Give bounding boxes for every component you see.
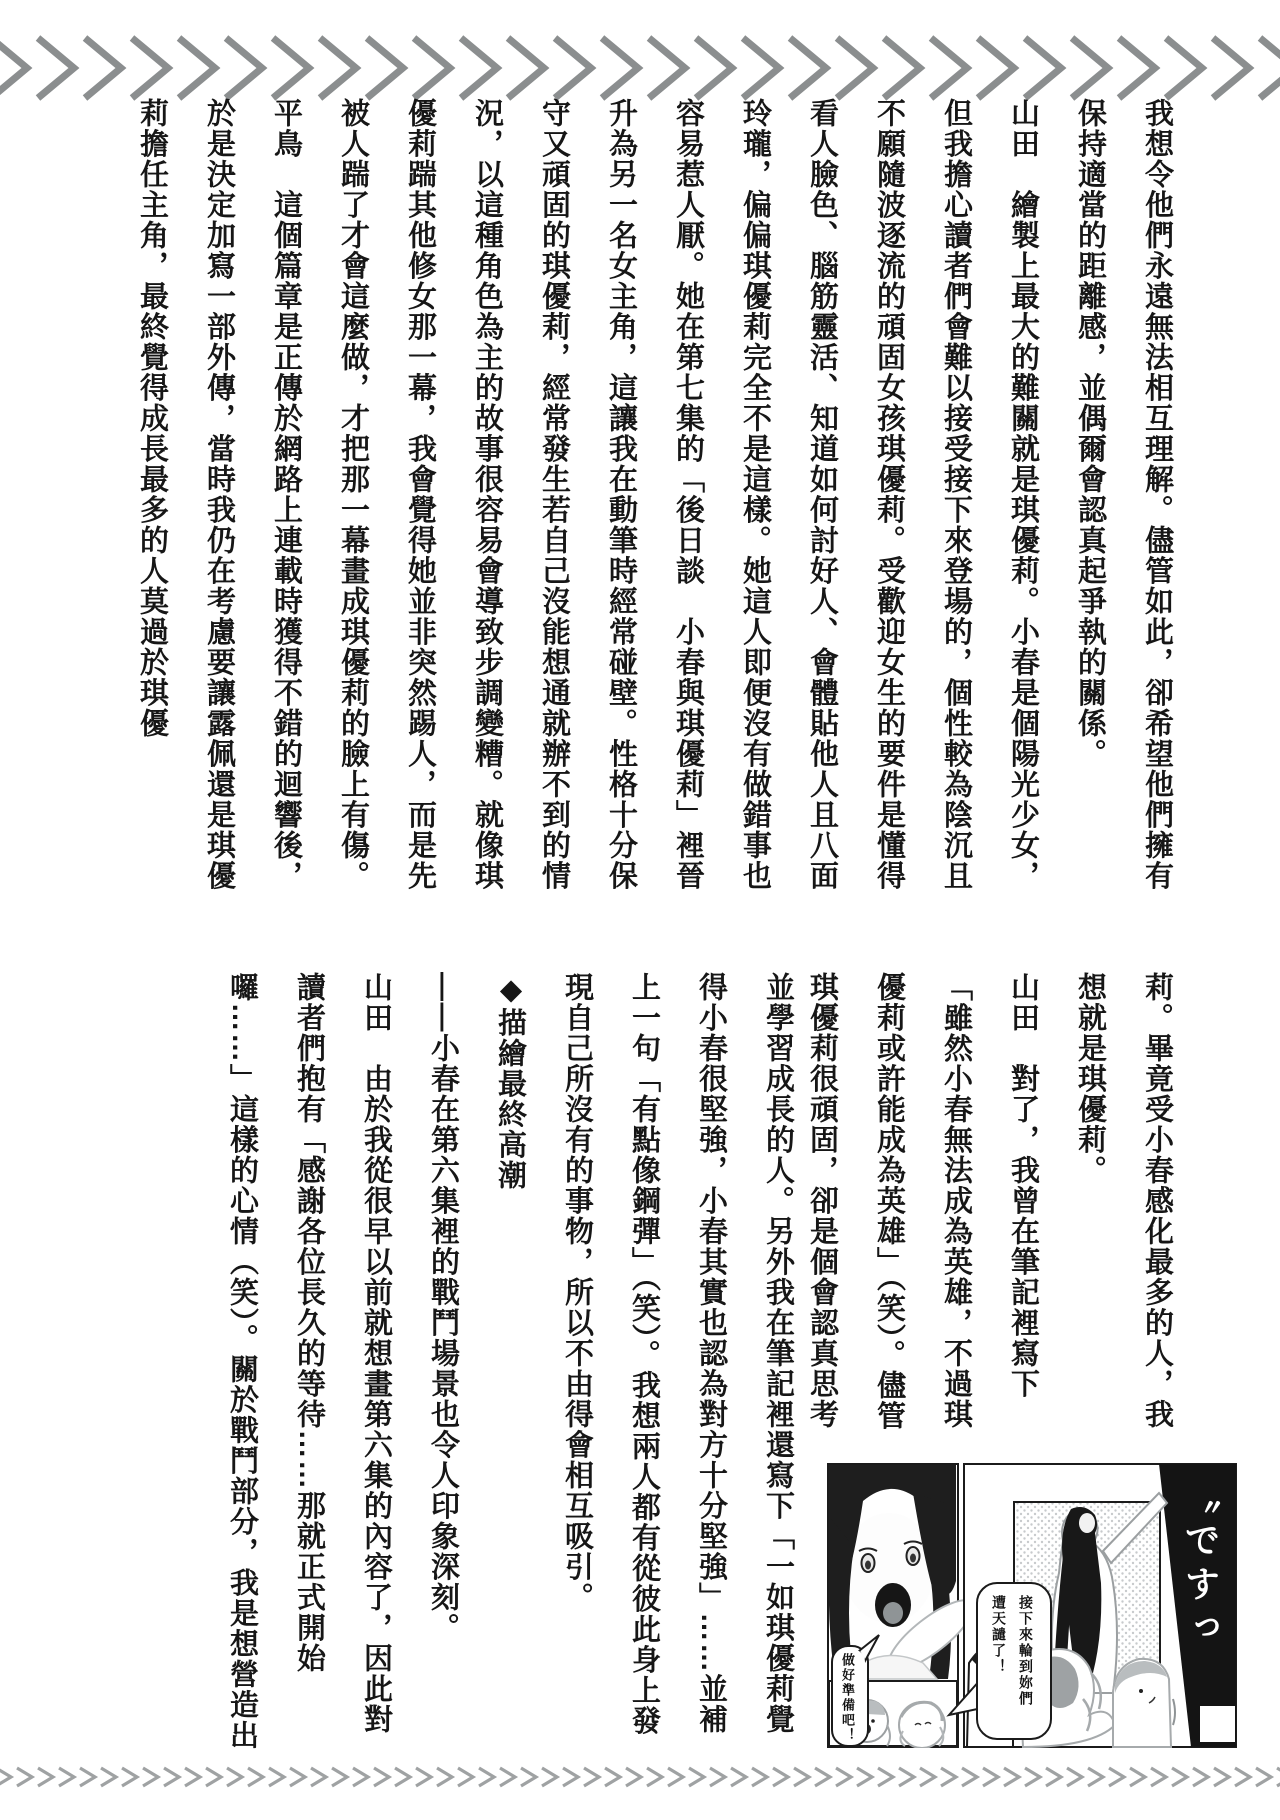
chevron-right-icon [0,1764,1280,1790]
interview-top-block: 我想令他們永遠無法相互理解。儘管如此，卻希望他們擁有保持適當的距離感，並偶爾會認… [84,98,1190,898]
speech-bubble-right: 接下來輪到妳們遭天譴了！ [985,1595,1039,1713]
speech-bubble-left: 做好準備吧！ [840,1653,855,1745]
interviewer-question: ——小春在第六集裡的戰鬥場景也令人印象深刻。 [409,972,476,1762]
corner-notch [1200,1706,1235,1742]
interview-paragraph-yamada: 山田 由於我從很早以前就想畫第六集的內容了，因此對讀者們抱有「感謝各位長久的等待… [208,972,409,1762]
interview-paragraph-continuation: 我想令他們永遠無法相互理解。儘管如此，卻希望他們擁有保持適當的距離感，並偶爾會認… [1056,98,1190,898]
interview-paragraph-yamada: 山田 繪製上最大的難關就是琪優莉。小春是個陽光少女，但我擔心讀者們會難以接受接下… [319,98,1056,898]
interview-paragraph-continuation: 並學習成長的人。另外我在筆記裡還寫下「一如琪優莉覺得小春很堅強，小春其實也認為對… [543,972,811,1762]
bottom-chevron-border [0,1764,1280,1790]
manga-panel: 接下來輪到妳們遭天譴了！ 做好準備吧！ 〝ですっ [827,1463,1237,1748]
interview-paragraph-hiratori: 平鳥 這個篇章是正傳於網路上連載時獲得不錯的迴響後，於是決定加寫一部外傳，當時我… [118,98,319,898]
afterword-interview-page: 我想令他們永遠無法相互理解。儘管如此，卻希望他們擁有保持適當的距離感，並偶爾會認… [0,0,1280,1820]
interview-bottom-right-block: 莉。畢竟受小春感化最多的人，我想就是琪優莉。 山田 對了，我曾在筆記裡寫下「雖然… [794,972,1190,1454]
section-heading: ◆描繪最終高潮 [476,972,543,1762]
chevron-right-icon [0,30,1280,106]
interview-bottom-left-block: 並學習成長的人。另外我在筆記裡還寫下「一如琪優莉覺得小春很堅強，小春其實也認為對… [95,972,811,1762]
girl-mouth [875,1583,911,1627]
sound-effect-text: 〝ですっ [1175,1477,1226,1692]
interview-paragraph-yamada: 山田 對了，我曾在筆記裡寫下「雖然小春無法成為英雄，不過琪優莉或許能成為英雄」（… [788,972,1056,1454]
top-chevron-border [0,30,1280,106]
interview-paragraph-continuation: 莉。畢竟受小春感化最多的人，我想就是琪優莉。 [1056,972,1190,1454]
